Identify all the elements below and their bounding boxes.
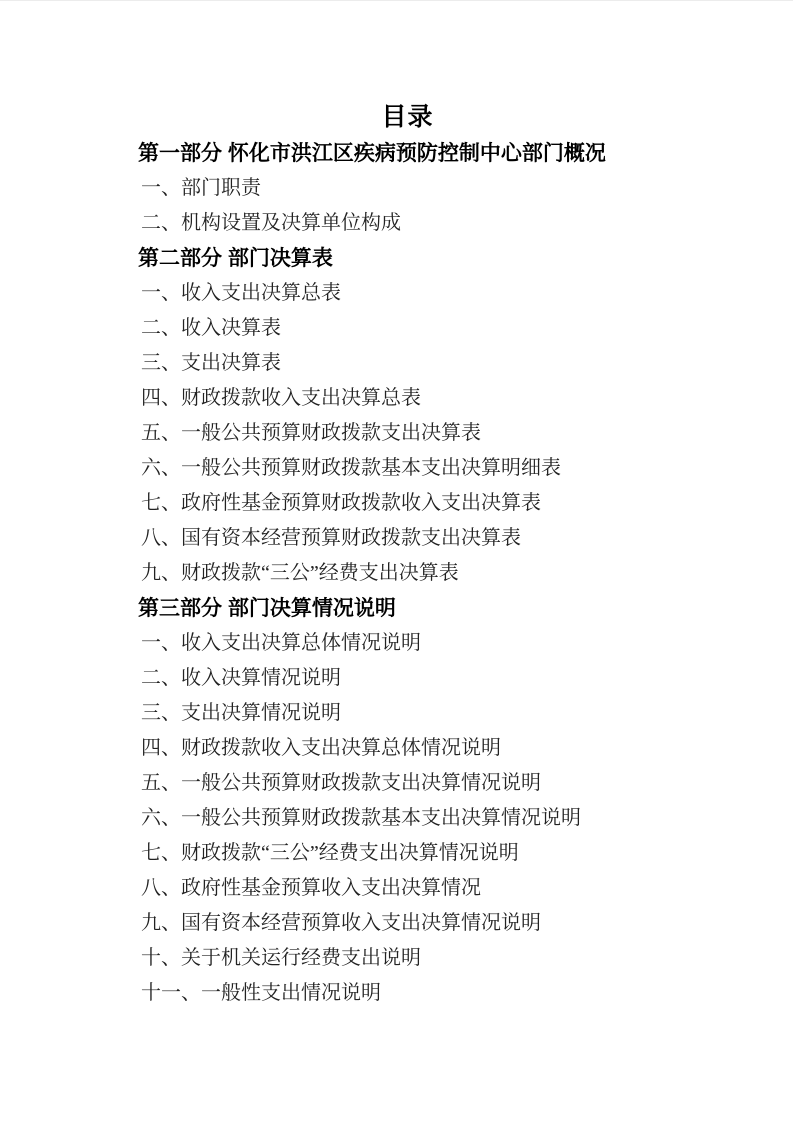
toc-item: 七、政府性基金预算财政拨款收入支出决算表 [138, 486, 753, 521]
toc-item: 一、收入支出决算总体情况说明 [138, 626, 753, 661]
toc-item: 六、一般公共预算财政拨款基本支出决算明细表 [138, 451, 753, 486]
toc-item: 七、财政拨款“三公”经费支出决算情况说明 [138, 836, 753, 871]
toc-item: 一、收入支出决算总表 [138, 276, 753, 311]
toc-item: 九、国有资本经营预算收入支出决算情况说明 [138, 906, 753, 941]
toc-item: 十一、一般性支出情况说明 [138, 976, 753, 1011]
toc-item: 九、财政拨款“三公”经费支出决算表 [138, 556, 753, 591]
page-title: 目录 [0, 1, 793, 132]
toc-item: 五、一般公共预算财政拨款支出决算表 [138, 416, 753, 451]
section-heading: 第二部分 部门决算表 [138, 241, 753, 276]
toc-item: 二、收入决算表 [138, 311, 753, 346]
toc-item: 三、支出决算情况说明 [138, 696, 753, 731]
section-heading: 第三部分 部门决算情况说明 [138, 591, 753, 626]
toc-item: 八、政府性基金预算收入支出决算情况 [138, 871, 753, 906]
toc-item: 一、部门职责 [138, 171, 753, 206]
table-of-contents: 第一部分 怀化市洪江区疾病预防控制中心部门概况一、部门职责二、机构设置及决算单位… [0, 132, 793, 1011]
toc-item: 五、一般公共预算财政拨款支出决算情况说明 [138, 766, 753, 801]
toc-item: 二、机构设置及决算单位构成 [138, 206, 753, 241]
toc-item: 八、国有资本经营预算财政拨款支出决算表 [138, 521, 753, 556]
toc-item: 十、关于机关运行经费支出说明 [138, 941, 753, 976]
toc-item: 三、支出决算表 [138, 346, 753, 381]
toc-item: 二、收入决算情况说明 [138, 661, 753, 696]
toc-item: 六、一般公共预算财政拨款基本支出决算情况说明 [138, 801, 753, 836]
toc-item: 四、财政拨款收入支出决算总体情况说明 [138, 731, 753, 766]
document-page: 目录 第一部分 怀化市洪江区疾病预防控制中心部门概况一、部门职责二、机构设置及决… [0, 0, 793, 1122]
toc-item: 四、财政拨款收入支出决算总表 [138, 381, 753, 416]
section-heading: 第一部分 怀化市洪江区疾病预防控制中心部门概况 [138, 136, 753, 171]
